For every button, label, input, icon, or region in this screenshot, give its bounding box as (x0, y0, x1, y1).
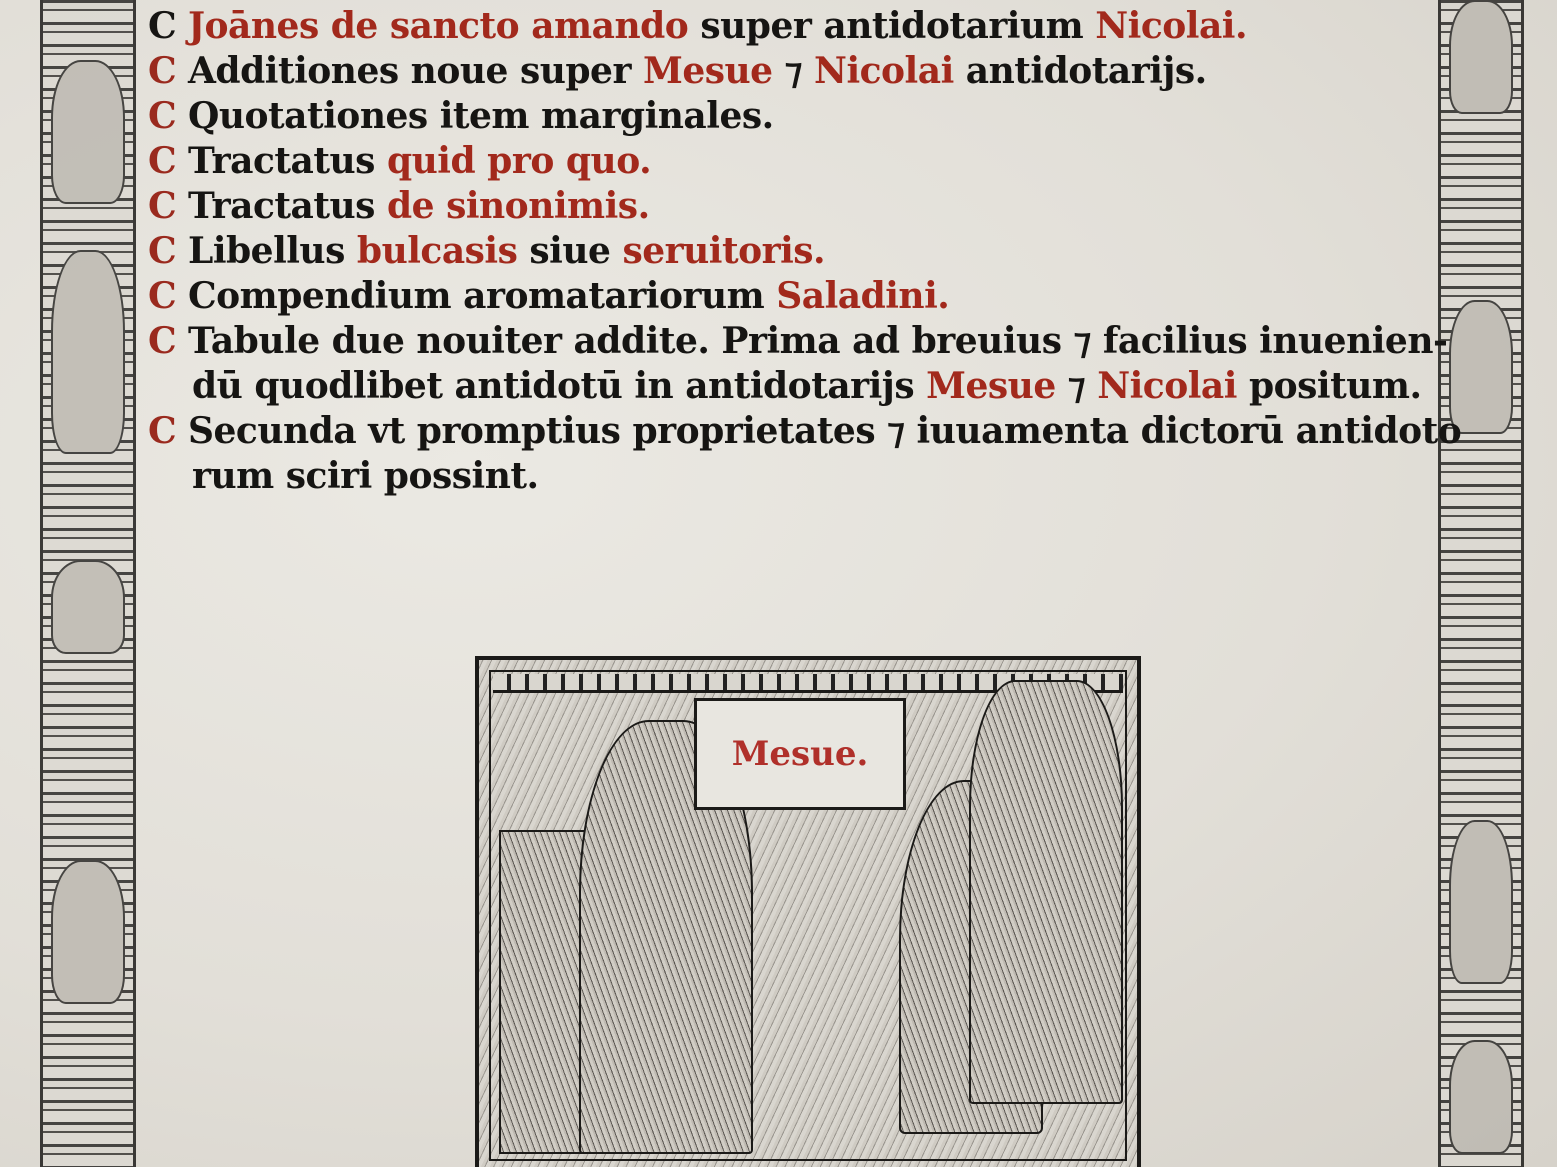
body-text: Tractatus (188, 185, 387, 227)
rubricated-text: Mesue (926, 365, 1068, 407)
contents-line: CQuotationes item marginales. (148, 94, 1438, 139)
body-text: Compendium aromatariorum (188, 275, 776, 317)
rubricated-text: bulcasis (357, 230, 530, 272)
figure-ornament-icon (1449, 1040, 1513, 1154)
contents-line: CSecunda vt promptius proprietates ⁊ iuu… (148, 409, 1438, 454)
woodcut-label: Mesue. (732, 734, 869, 774)
body-text: Tabule due nouiter addite. Prima ad breu… (188, 320, 1447, 362)
pilcrow-icon: C (148, 49, 188, 94)
contents-list: CJoānes de sancto amando super antidotar… (148, 4, 1438, 499)
contents-line: rum sciri possint. (148, 454, 1438, 499)
body-text: siue (529, 230, 622, 272)
body-text: Quotationes item marginales. (188, 95, 774, 137)
rubricated-text: quid pro quo. (387, 140, 651, 182)
body-text: Tractatus (188, 140, 387, 182)
body-text: positum. (1249, 365, 1422, 407)
left-woodcut-border (40, 0, 136, 1167)
vase-ornament-icon (51, 60, 125, 204)
rubricated-text: Nicolai (1097, 365, 1249, 407)
contents-line: dū quodlibet antidotū in antidotarijs Me… (148, 364, 1438, 409)
pilcrow-icon: C (148, 94, 188, 139)
rubricated-text: seruitoris. (622, 230, 825, 272)
contents-line: CLibellus bulcasis siue seruitoris. (148, 229, 1438, 274)
body-text: antidotarijs. (966, 50, 1207, 92)
right-woodcut-border (1438, 0, 1524, 1167)
rubricated-text: Nicolai (814, 50, 966, 92)
rubricated-text: Saladini. (776, 275, 949, 317)
attendants-group (969, 680, 1123, 1104)
body-text: ⁊ (1068, 365, 1097, 407)
pilcrow-icon: C (148, 139, 188, 184)
rubricated-text: Nicolai. (1095, 5, 1247, 47)
body-text: super antidotarium (700, 5, 1095, 47)
contents-line: CTractatus quid pro quo. (148, 139, 1438, 184)
rubricated-text: de sinonimis. (387, 185, 650, 227)
contents-line: CCompendium aromatariorum Saladini. (148, 274, 1438, 319)
foliage-ornament-icon (51, 560, 125, 654)
pilcrow-icon: C (148, 229, 188, 274)
pilcrow-icon: C (148, 4, 188, 49)
body-text: Secunda vt promptius proprietates ⁊ iuua… (188, 410, 1461, 452)
rubricated-text: Joānes de sancto amando (188, 5, 700, 47)
contents-line: CAdditiones noue super Mesue ⁊ Nicolai a… (148, 49, 1438, 94)
pilcrow-icon: C (148, 319, 188, 364)
vase-ornament-icon (1449, 0, 1513, 114)
pilcrow-icon: C (148, 274, 188, 319)
contents-line: CJoānes de sancto amando super antidotar… (148, 4, 1438, 49)
woodcut-illustration: Mesue. (475, 656, 1141, 1167)
pilcrow-icon: C (148, 409, 188, 454)
body-text: rum sciri possint. (192, 455, 539, 497)
body-text: Libellus (188, 230, 357, 272)
vase-ornament-icon (1449, 820, 1513, 984)
woodcut-label-box: Mesue. (694, 698, 906, 810)
body-text: dū quodlibet antidotū in antidotarijs (192, 365, 926, 407)
rubricated-text: Mesue (643, 50, 785, 92)
figure-ornament-icon (51, 250, 125, 454)
body-text: Additiones noue super (188, 50, 643, 92)
pilcrow-icon: C (148, 184, 188, 229)
contents-line: CTabule due nouiter addite. Prima ad bre… (148, 319, 1438, 364)
vase-ornament-icon (51, 860, 125, 1004)
contents-line: CTractatus de sinonimis. (148, 184, 1438, 229)
body-text: ⁊ (785, 50, 814, 92)
